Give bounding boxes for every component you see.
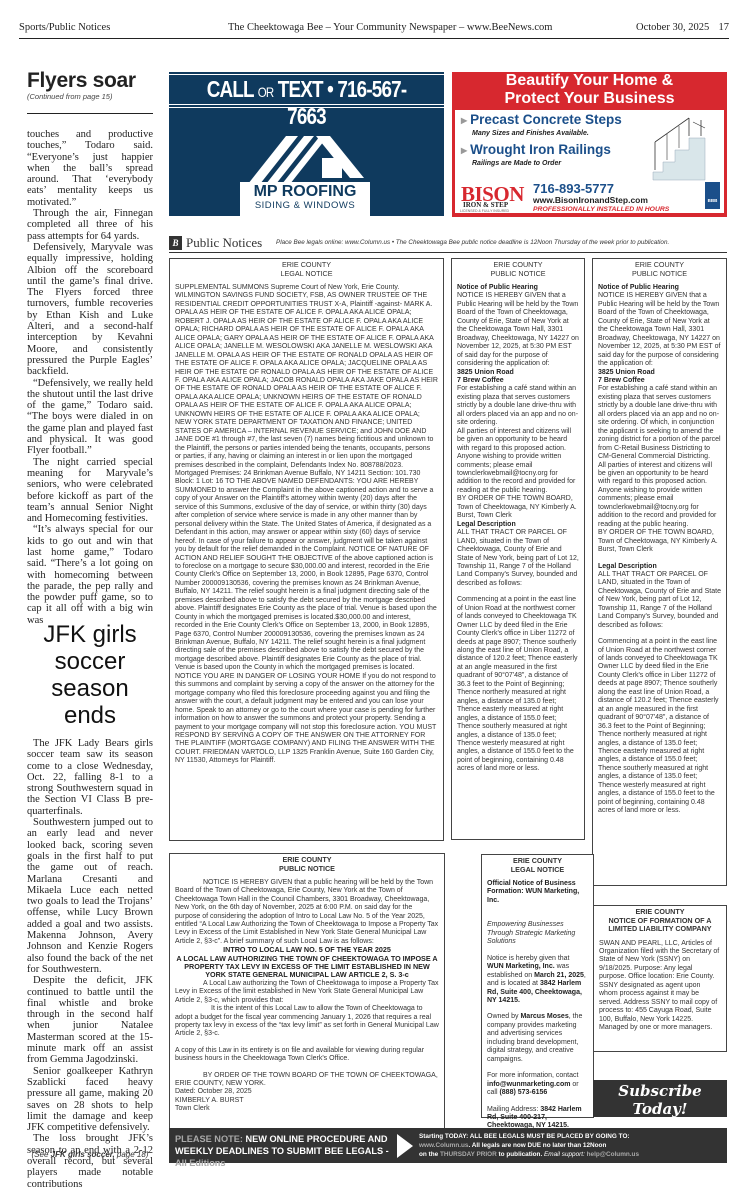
legals-procedure-banner: PLEASE NOTE: NEW ONLINE PROCEDURE AND WE… bbox=[169, 1128, 727, 1163]
section-title: Public Notices bbox=[186, 235, 262, 251]
brand-subtitle: SIDING & WINDOWS bbox=[240, 200, 370, 211]
notice-header: ERIE COUNTY PUBLIC NOTICE bbox=[598, 261, 721, 278]
divider bbox=[169, 104, 444, 105]
divider bbox=[169, 107, 444, 108]
ad-item-sub: Many Sizes and Finishes Available. bbox=[472, 130, 589, 137]
bee-logo-icon: B bbox=[169, 236, 182, 250]
public-notices-header: B Public Notices Place Bee legals online… bbox=[169, 234, 727, 253]
notice-local-law: ERIE COUNTY PUBLIC NOTICE NOTICE IS HERE… bbox=[169, 853, 445, 1147]
notice-text: NOTICE IS HEREBY GIVEN that a Public Hea… bbox=[598, 292, 721, 368]
notice-header: ERIE COUNTY LEGAL NOTICE bbox=[175, 261, 438, 278]
divider bbox=[27, 113, 153, 114]
notice-public-hearing-b: ERIE COUNTY PUBLIC NOTICE Notice of Publ… bbox=[592, 258, 727, 886]
banner-right: Starting TODAY: ALL BEE LEGALS MUST BE P… bbox=[419, 1132, 719, 1159]
notice-text: All parties of interest and citizens wil… bbox=[457, 428, 579, 496]
column-link[interactable]: www.Column.us bbox=[419, 1142, 468, 1149]
notice-text: SWAN AND PEARL, LLC, Articles of Organiz… bbox=[599, 940, 721, 1033]
bison-logo-sub: IRON & STEP bbox=[463, 201, 508, 209]
house-roof-icon bbox=[246, 128, 366, 184]
notice-text: A copy of this Law in its entirety is on… bbox=[175, 1047, 439, 1064]
notice-text: For establishing a café stand within an … bbox=[598, 385, 721, 461]
notice-text: NOTICE IS HEREBY GIVEN that a public hea… bbox=[175, 879, 439, 946]
notice-heading: Official Notice of Business Formation: W… bbox=[487, 880, 579, 904]
paragraph: Through the air, Finnegan completed all … bbox=[27, 208, 153, 242]
notice-text: ALL THAT TRACT OR PARCEL OF LAND, situat… bbox=[457, 529, 579, 588]
paragraph: “Defensively, we really held the shutout… bbox=[27, 378, 153, 457]
arrow-right-icon bbox=[397, 1134, 413, 1158]
notice-text: BY ORDER OF THE TOWN BOARD OF THE TOWN O… bbox=[175, 1072, 439, 1089]
ad-phone: 716-893-5777 bbox=[533, 181, 614, 196]
support-email-link[interactable]: help@Column.us bbox=[587, 1151, 639, 1158]
paragraph: The JFK Lady Bears girls soccer team saw… bbox=[27, 738, 153, 817]
notice-llc-formation: ERIE COUNTY NOTICE OF FORMATION OF A LIM… bbox=[593, 905, 727, 1052]
notice-address: 3825 Union Road bbox=[598, 369, 655, 376]
jump-link[interactable]: (See JFK girls soccer, page 18) bbox=[27, 1150, 153, 1159]
ad-title: Beautify Your Home & Protect Your Busine… bbox=[452, 72, 727, 108]
notice-applicant: 7 Brew Coffee bbox=[598, 377, 645, 384]
paragraph: Senior goalkeeper Kathryn Szablicki face… bbox=[27, 1066, 153, 1134]
flyers-headline-block: Flyers soar (Continued from page 15) bbox=[27, 70, 153, 114]
notice-header: ERIE COUNTY LEGAL NOTICE bbox=[487, 857, 588, 874]
notice-text: A Local Law authorizing the Town of Chee… bbox=[175, 980, 439, 1005]
clerk-title: Town Clerk bbox=[175, 1105, 439, 1113]
subscribe-banner[interactable]: Subscribe Today! www.BeeNews.com bbox=[593, 1080, 727, 1117]
law-title: A LOCAL LAW AUTHORIZING THE TOWN OF CHEE… bbox=[175, 955, 439, 980]
jump-title: JFK girls soccer, bbox=[51, 1150, 115, 1159]
paragraph: Despite the deficit, JFK continued to ba… bbox=[27, 975, 153, 1065]
paragraph: Defensively, Maryvale was equally impres… bbox=[27, 242, 153, 378]
ad-item-steps: ▶Precast Concrete Steps bbox=[461, 112, 622, 127]
paragraph: The night carried special meaning for Ma… bbox=[27, 457, 153, 525]
masthead: The Cheektowaga Bee – Your Community New… bbox=[228, 22, 552, 33]
subscribe-title: Subscribe Today! bbox=[593, 1082, 727, 1118]
clerk-name: KIMBERLY A. BURST bbox=[175, 1097, 439, 1105]
bbb-badge: BBB bbox=[705, 182, 720, 209]
notice-tagline: Empowering Businesses Through Strategic … bbox=[487, 921, 575, 945]
notice-text: NOTICE IS HEREBY GIVEN that a Public Hea… bbox=[457, 292, 579, 368]
paragraph: “It’s always special for our kids to go … bbox=[27, 524, 153, 626]
notice-text: For establishing a café stand within an … bbox=[457, 385, 579, 427]
page-number: 17 bbox=[719, 22, 730, 33]
article-jfk: The JFK Lady Bears girls soccer team saw… bbox=[27, 738, 153, 1188]
divider bbox=[169, 74, 444, 75]
notice-text: ALL THAT TRACT OR PARCEL OF LAND, situat… bbox=[598, 571, 721, 630]
paragraph: Southwestern jumped out to an early lead… bbox=[27, 817, 153, 975]
notice-subheading: Legal Description bbox=[457, 521, 516, 528]
deadline-info: Place Bee legals online: www.Column.us •… bbox=[276, 239, 669, 246]
paragraph: touches and productive touches,” Todaro … bbox=[27, 129, 153, 208]
notice-applicant: 7 Brew Coffee bbox=[457, 377, 504, 384]
headline-jfk: JFK girls soccer season ends bbox=[27, 621, 153, 729]
notice-header: ERIE COUNTY NOTICE OF FORMATION OF A LIM… bbox=[599, 908, 721, 934]
concrete-steps-illustration bbox=[645, 110, 707, 182]
ad-website: www.BisonIronandStep.com bbox=[533, 195, 648, 205]
ad-item-railings: ▶Wrought Iron Railings bbox=[461, 142, 611, 157]
ad-tagline: PROFESSIONALLY INSTALLED IN HOURS bbox=[533, 206, 669, 213]
notice-public-hearing-a: ERIE COUNTY PUBLIC NOTICE Notice of Publ… bbox=[451, 258, 585, 840]
notice-text: BY ORDER OF THE TOWN BOARD, Town of Chee… bbox=[457, 495, 579, 520]
notice-wun-marketing: ERIE COUNTY LEGAL NOTICE Official Notice… bbox=[481, 854, 594, 1118]
ad-panel: ▶Precast Concrete Steps Many Sizes and F… bbox=[455, 110, 724, 213]
bison-fine-print: LICENSED & FULLY INSURED bbox=[460, 209, 509, 213]
notice-text: All parties of interest and citizens wil… bbox=[598, 462, 721, 530]
notice-text: It is the intent of this Local Law to al… bbox=[175, 1005, 439, 1039]
page-header: Sports/Public Notices The Cheektowaga Be… bbox=[19, 22, 729, 39]
article-flyers: touches and productive touches,” Todaro … bbox=[27, 129, 153, 626]
banner-left: PLEASE NOTE: NEW ONLINE PROCEDURE AND WE… bbox=[175, 1133, 395, 1169]
ad-mp-roofing[interactable]: CALL OR TEXT • 716-567-7663 MP ROOFING S… bbox=[169, 72, 444, 216]
notice-text: Notice is hereby given that WUN Marketin… bbox=[487, 955, 588, 1006]
notice-text: For more information, contact info@wunma… bbox=[487, 1072, 588, 1097]
ad-item-sub: Railings are Made to Order bbox=[472, 160, 561, 167]
headline-flyers: Flyers soar bbox=[27, 70, 153, 91]
ad-call-line: CALL OR TEXT • 716-567-7663 bbox=[194, 76, 420, 130]
section-label: Sports/Public Notices bbox=[19, 22, 110, 33]
notice-header: ERIE COUNTY PUBLIC NOTICE bbox=[457, 261, 579, 278]
notice-text: Commencing at a point in the east line o… bbox=[598, 638, 721, 816]
triangle-icon: ▶ bbox=[461, 146, 467, 155]
brand-name: MP ROOFING bbox=[240, 183, 370, 201]
notice-text: BY ORDER OF THE TOWN BOARD, Town of Chee… bbox=[598, 529, 721, 554]
phone-number: (888) 573-6156 bbox=[499, 1089, 547, 1096]
notice-text: Owned by Marcus Moses, the company provi… bbox=[487, 1013, 588, 1064]
ad-bison-iron[interactable]: Beautify Your Home & Protect Your Busine… bbox=[452, 72, 727, 217]
notice-supplemental-summons: ERIE COUNTY LEGAL NOTICE SUPPLEMENTAL SU… bbox=[169, 258, 444, 841]
issue-date: October 30, 2025 bbox=[636, 22, 709, 33]
notice-heading: Notice of Public Hearing bbox=[598, 284, 679, 291]
notice-address: 3825 Union Road bbox=[457, 369, 514, 376]
notice-heading: Notice of Public Hearing bbox=[457, 284, 538, 291]
notice-text: Commencing at a point in the east line o… bbox=[457, 596, 579, 774]
paragraph: The loss brought JFK’s season to an end … bbox=[27, 1133, 153, 1188]
continued-note: (Continued from page 15) bbox=[27, 92, 153, 101]
notice-body: SUPPLEMENTAL SUMMONS Supreme Court of Ne… bbox=[175, 284, 438, 766]
notice-subheading: Legal Description bbox=[598, 563, 657, 570]
triangle-icon: ▶ bbox=[461, 116, 467, 125]
notice-date: Dated: October 28, 2025 bbox=[175, 1088, 439, 1096]
email-link[interactable]: info@wunmarketing.com bbox=[487, 1081, 570, 1088]
notice-header: ERIE COUNTY PUBLIC NOTICE bbox=[175, 856, 439, 873]
